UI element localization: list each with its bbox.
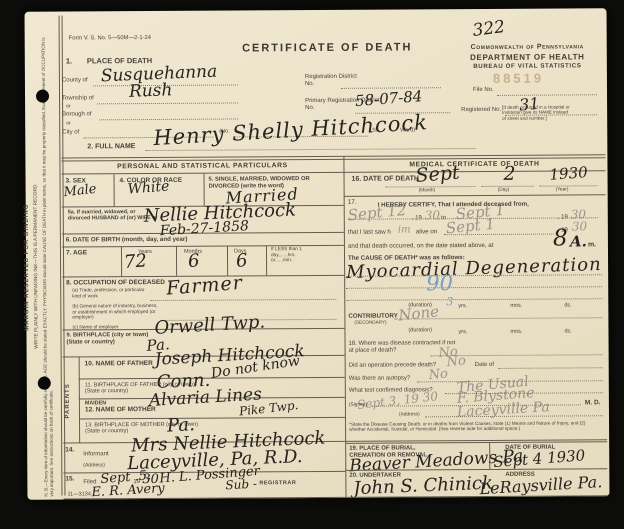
- registrar-label: REGISTRAR: [259, 480, 296, 487]
- informant-address-label: (Address): [83, 463, 105, 469]
- cause-line-2: [346, 286, 602, 289]
- certify-line-2: [444, 234, 554, 236]
- occupation-label: 8. OCCUPATION OF DECEASED: [66, 279, 165, 287]
- county-label: County of: [62, 77, 88, 84]
- hospital-note: [If death occurred in a Hospital or Inst…: [502, 104, 572, 120]
- cause-line-3: [346, 298, 602, 301]
- burial-divider: [489, 442, 490, 469]
- occupation-a-line: [150, 299, 336, 301]
- mother-name-label: 12. NAME OF MOTHER: [85, 406, 156, 414]
- age-days-value: 6: [235, 252, 248, 271]
- filed-number: 15.: [65, 475, 74, 483]
- md-label: M. D.: [585, 399, 601, 407]
- form-number: Form V. S. No. 5—50M—2-1-24: [69, 35, 151, 42]
- mos-label-1: mos.: [510, 303, 522, 309]
- birthplace-city-value: Orwell Twp.: [154, 313, 266, 337]
- age-label: 7. AGE: [66, 249, 87, 257]
- age-divider-4: [266, 245, 267, 275]
- bureau-line: BUREAU OF VITAL STATISTICS: [440, 62, 615, 70]
- borough-label: Borough of: [62, 111, 91, 118]
- operation-value: No: [446, 354, 466, 369]
- date-of-death-label: 16. DATE OF DEATH: [352, 175, 419, 183]
- occupation-b-label: (b) General nature of industry, business…: [72, 304, 160, 321]
- cause-code-blue: 90: [426, 273, 453, 294]
- rule-row19: [345, 468, 607, 471]
- borough-line: [99, 118, 238, 120]
- department-line: DEPARTMENT OF HEALTH: [440, 52, 615, 62]
- form-code: 11—3134: [67, 491, 90, 497]
- alive-on-text: alive on: [416, 228, 437, 235]
- death-time-value: 8: [553, 227, 568, 250]
- scanned-death-certificate: { "doc": { "form_no": "Form V. S. No. 5—…: [0, 0, 624, 529]
- contributory-sub-label: (SECONDARY): [354, 320, 386, 325]
- day-sub-label: (Day): [498, 188, 510, 194]
- township-label: Township of: [62, 95, 94, 102]
- age-divider-3: [227, 246, 228, 276]
- death-year-line: [540, 185, 598, 186]
- occupation-a-value: Farmer: [166, 274, 244, 299]
- last-saw-year: 30: [572, 220, 587, 232]
- personal-section-header: PERSONAL AND STATISTICAL PARTICULARS: [61, 162, 343, 171]
- age-divider-1: [121, 246, 122, 276]
- punch-hole-bottom: [38, 377, 51, 390]
- yrs-label-2: yrs.: [458, 329, 467, 335]
- birthplace-label: 9. BIRTHPLACE (city or town) (State or c…: [66, 332, 158, 346]
- margin-plainly-text: WRITE PLAINLY WITH UNFADING INK—THIS IS …: [33, 42, 41, 492]
- place-of-death-number: 1.: [66, 57, 72, 66]
- file-stamp-number: 88519: [493, 71, 544, 86]
- column-divider: [343, 156, 346, 497]
- death-year-value: 1930: [549, 165, 588, 183]
- contributory-value: None: [398, 304, 440, 323]
- sex-race-divider: [114, 174, 115, 206]
- duration-years-value: 3: [446, 296, 453, 307]
- registered-no-label: Registered No.: [461, 107, 501, 114]
- age-months-value: 6: [187, 252, 200, 271]
- handwritten-page-number: 322: [472, 19, 506, 40]
- death-day-value: 2: [503, 165, 515, 184]
- age-divider-2: [176, 246, 177, 276]
- commonwealth-line: Commonwealth of Pennsylvania: [440, 43, 615, 51]
- rule-row16: [344, 194, 606, 197]
- race-value: White: [127, 179, 170, 196]
- township-line: [97, 102, 238, 104]
- clerk-signature: E. R. Avery: [91, 482, 165, 499]
- sub-registrar-note: Sub -: [225, 478, 257, 492]
- dob-value: Feb-27-1858: [160, 219, 250, 238]
- rule-under-headers: [62, 170, 606, 174]
- full-name-label: 2. FULL NAME: [87, 143, 135, 151]
- city-label: City of: [62, 129, 79, 136]
- death-time-m-label: m.: [588, 241, 596, 249]
- operation-label: Did an operation precede death?: [349, 362, 436, 369]
- death-month-value: Sept: [415, 164, 460, 186]
- death-time-am: A.: [570, 234, 587, 249]
- township-value: Rush: [129, 82, 173, 101]
- printed-19-to: , 19: [558, 214, 568, 221]
- autopsy-label: Was there an autopsy?: [349, 375, 411, 382]
- last-saw-him: im: [398, 225, 411, 235]
- file-no-label: File No.: [473, 87, 494, 94]
- or-label-2: or: [66, 122, 70, 128]
- last-saw-text: that I last saw h: [348, 229, 391, 236]
- undertaker-value: John S. Chinick: [353, 475, 493, 499]
- rule-row12: [79, 417, 345, 420]
- registration-district-label: Registration District No.: [305, 74, 367, 88]
- or-label-1: or: [66, 105, 70, 111]
- age-less-note: If LESS than 1 day,......hrs. or......mi…: [271, 247, 313, 264]
- full-name-value: Henry Shelly Hitchcock: [153, 112, 429, 149]
- primary-registration-value: 58-07-84: [355, 89, 423, 109]
- death-occurred-text: and that death occurred, on the date sta…: [348, 242, 494, 250]
- full-name-line: [145, 148, 475, 151]
- mos-label-2: mos.: [510, 329, 522, 335]
- age-years-value: 72: [123, 252, 147, 272]
- cause-footnote: *State the Disease Causing Death, or in …: [349, 420, 603, 432]
- operation-date-label: Date of: [475, 362, 494, 369]
- parents-vertical-label: PARENTS: [65, 363, 73, 437]
- operation-date-line: [499, 367, 603, 369]
- physician-address-label: (Address): [399, 412, 420, 418]
- margin-nb-text: N. B.—Every item of information should b…: [41, 37, 61, 497]
- informant-number: 14.: [65, 446, 74, 454]
- month-sub-label: (Month): [419, 188, 436, 194]
- duration-label-2: (duration): [408, 327, 432, 333]
- sex-value: Male: [63, 183, 97, 200]
- ds-label-2: ds.: [564, 328, 571, 334]
- year-sub-label: (Year): [556, 187, 569, 193]
- margin-binding-text: MARGIN RESERVED FOR BINDING: [23, 42, 33, 492]
- contributory-line: [394, 317, 602, 319]
- race-marital-divider: [204, 174, 205, 206]
- undertaker-address-value: LeRaysville Pa.: [479, 474, 603, 497]
- file-no-line: [497, 94, 597, 96]
- rule-above-burial-2: [345, 441, 607, 444]
- punch-hole-top: [36, 90, 49, 103]
- attended-from-value: Sept 12: [347, 203, 407, 223]
- ds-label-1: ds.: [564, 302, 571, 308]
- yrs-label-1: yrs.: [458, 303, 467, 309]
- informant-label: Informant: [83, 451, 108, 458]
- autopsy-value: No: [428, 367, 448, 382]
- certificate-paper: MARGIN RESERVED FOR BINDING WRITE PLAINL…: [25, 8, 610, 500]
- father-name-label: 10. NAME OF FATHER: [85, 360, 153, 368]
- occupation-a-label: (a) Trade, profession, or particular kin…: [72, 288, 150, 300]
- burial-date-value: Sept 4 1930: [493, 448, 586, 470]
- certificate-title: CERTIFICATE OF DEATH: [230, 41, 425, 54]
- death-day-line: [482, 186, 534, 187]
